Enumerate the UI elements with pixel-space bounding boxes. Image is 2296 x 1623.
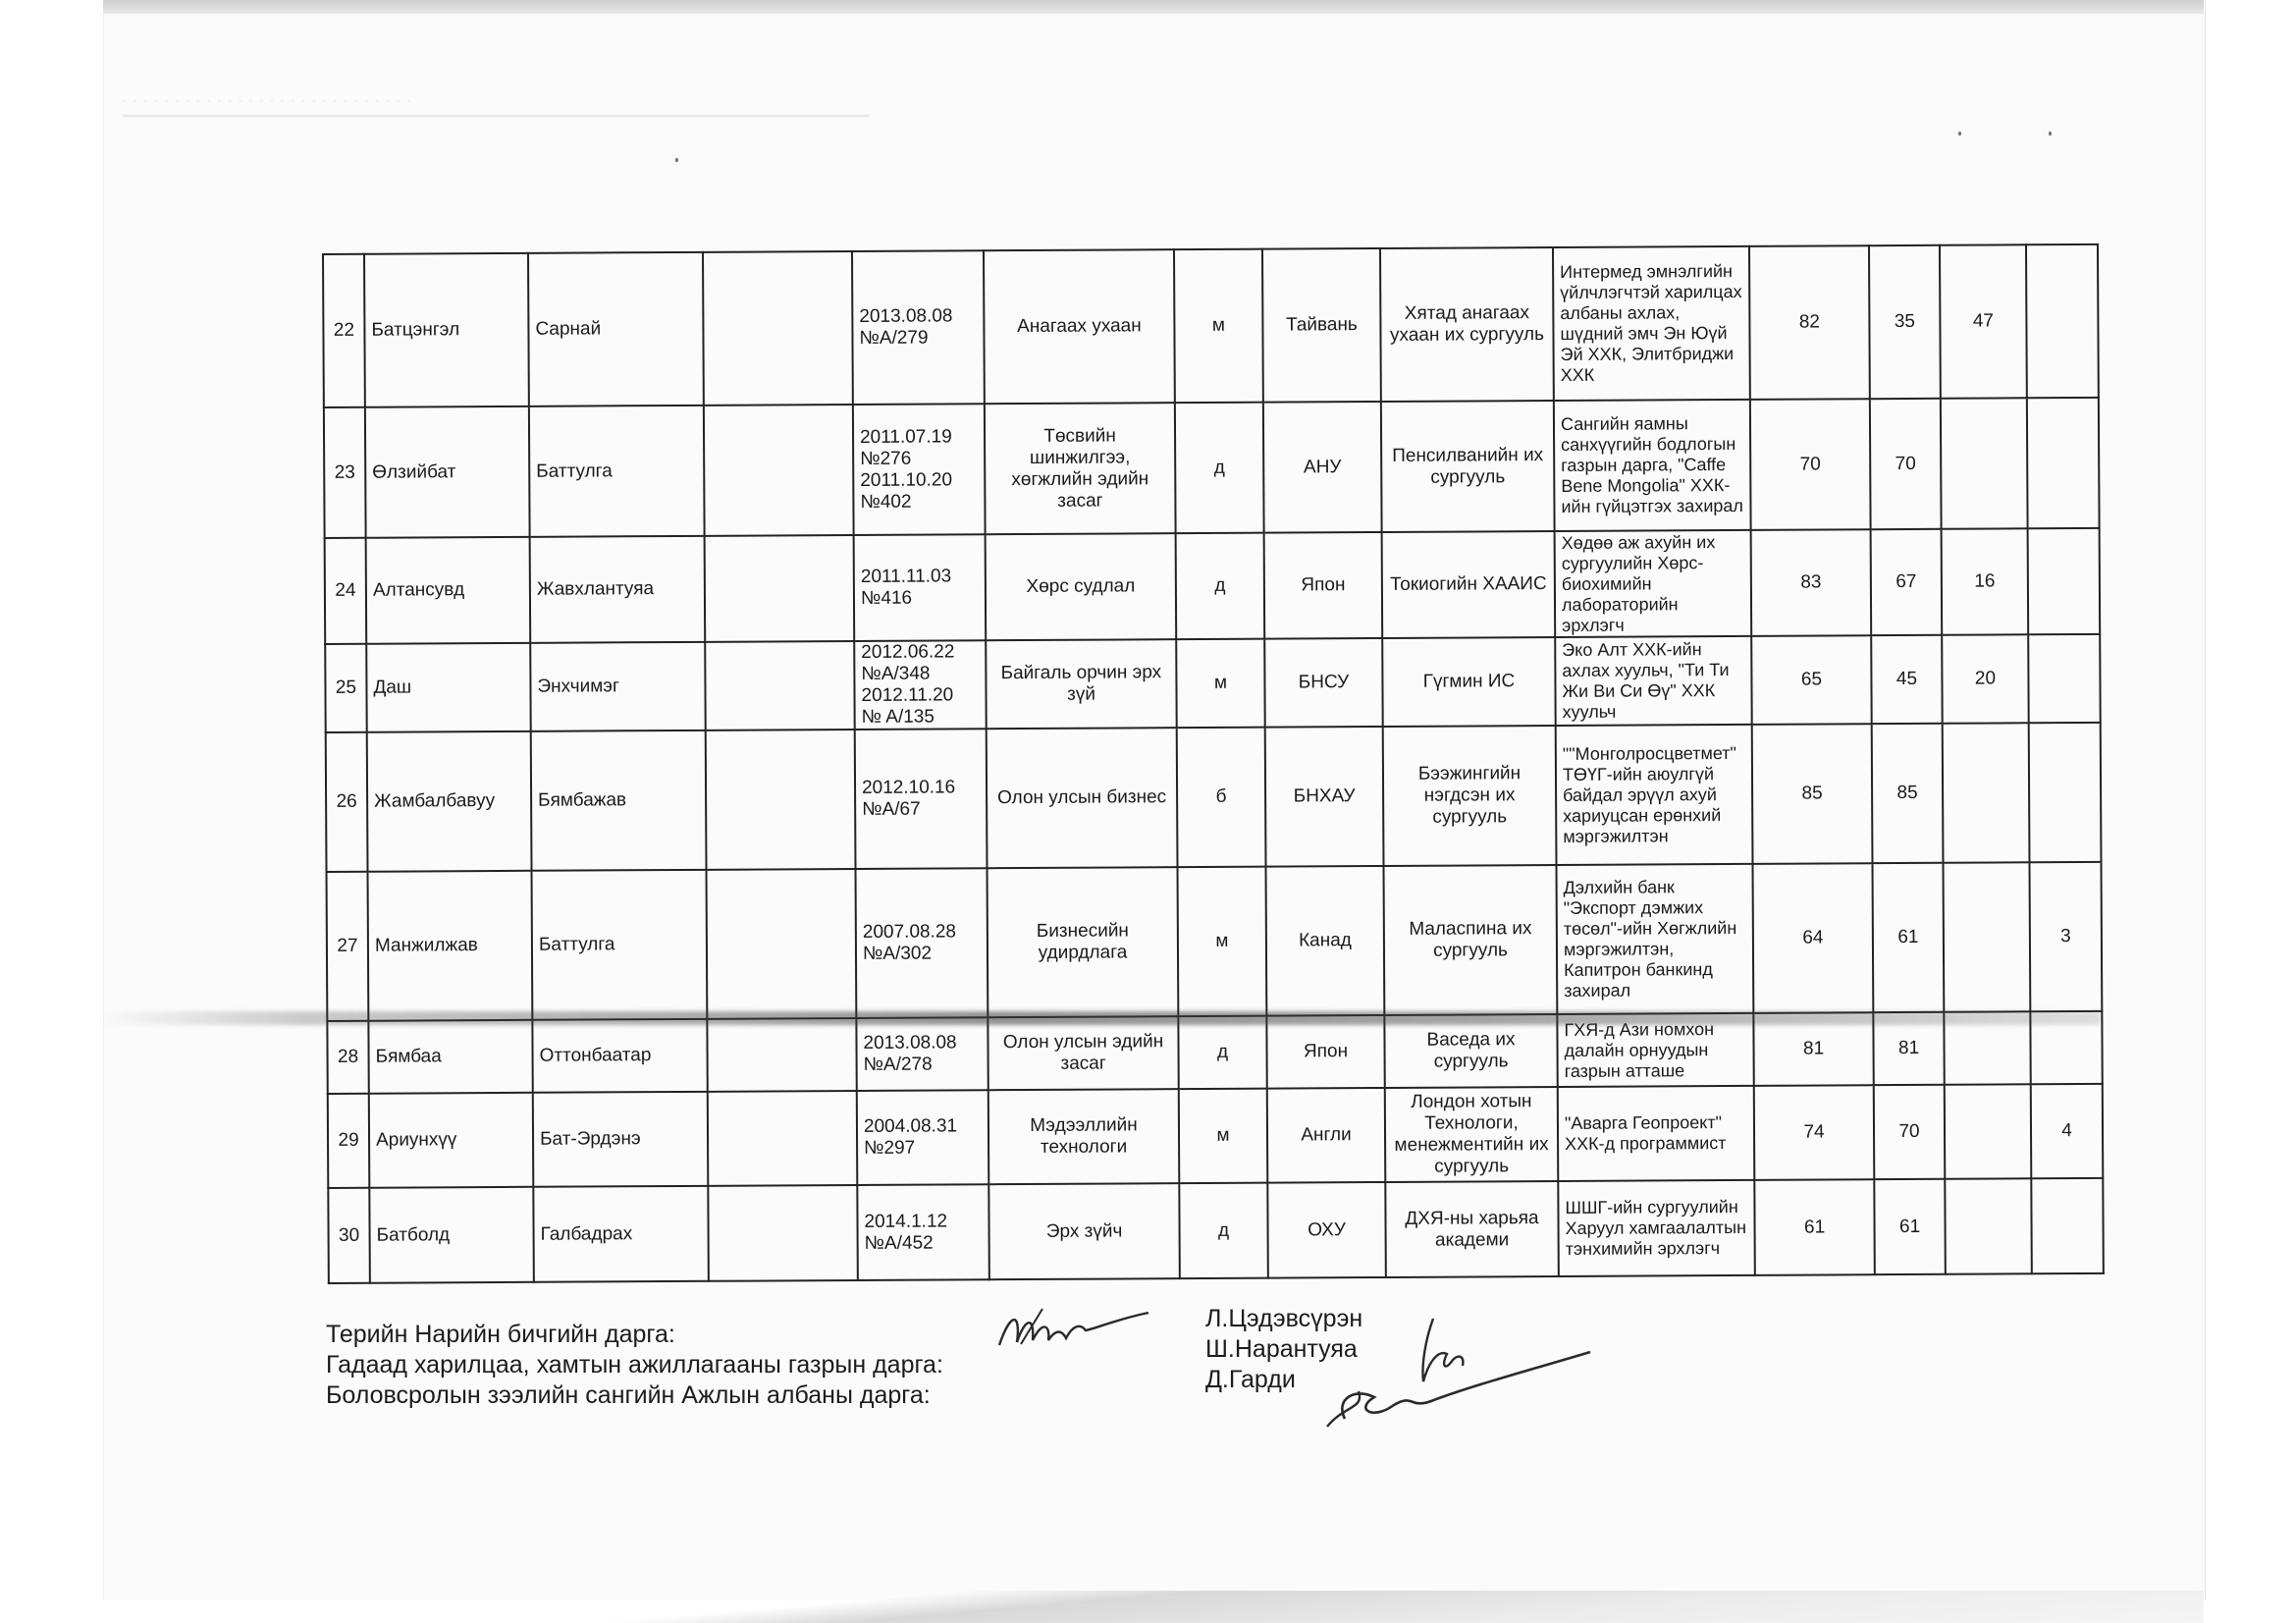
table-row: 26ЖамбалбавууБямбажав2012.10.16№A/67Олон… [326, 723, 2102, 872]
surname-cell: Ариунхүү [369, 1093, 534, 1188]
row-number: 22 [323, 254, 365, 407]
field-of-study-cell: Байгаль орчин эрх зүй [986, 639, 1176, 729]
given-name-cell: Энхчимэг [530, 642, 705, 731]
signature-1 [991, 1301, 1158, 1360]
scan-speck [1958, 132, 1961, 135]
redacted-cell [705, 641, 855, 730]
scan-speck [675, 158, 678, 162]
field-of-study-cell: Олон улсын эдийн засаг [988, 1016, 1178, 1090]
school-cell: Токиогийн ХААИС [1382, 531, 1556, 638]
field-of-study-cell: Төсвийн шинжилгээ, хөгжлийн эдийн засаг [985, 403, 1176, 534]
signatory-title: Терийн Нарийн бичгийн дарга: [326, 1320, 943, 1350]
score-4-cell: 3 [2029, 862, 2102, 1011]
score-1-cell: 83 [1751, 529, 1872, 636]
field-of-study-cell: Бизнесийн удирдлага [988, 867, 1179, 1017]
row-number: 23 [324, 407, 366, 538]
school-cell: ДХЯ-ны харьяа акадeми [1385, 1181, 1559, 1277]
given-name-cell: Бат-Эрдэнэ [533, 1092, 709, 1187]
surname-cell: Жамбалбавуу [367, 731, 532, 872]
degree-cell: д [1178, 1016, 1266, 1090]
scan-speck [2049, 132, 2052, 135]
redacted-cell [705, 535, 855, 642]
country-cell: ОХУ [1267, 1182, 1386, 1278]
table-row: 22БатцэнгэлСарнай2013.08.08№A/279Анагаах… [323, 244, 2099, 407]
signature-2 [1315, 1311, 1600, 1438]
work-experience-cell: ""Монголросцветмет" ТӨҮГ-ийн аюулгүй бай… [1556, 725, 1753, 865]
surname-cell: Батболд [369, 1187, 534, 1283]
degree-cell: м [1178, 867, 1267, 1017]
order-cell: 2013.08.08№A/278 [856, 1017, 988, 1091]
surname-cell: Алтансувд [366, 537, 531, 644]
row-number: 28 [327, 1021, 368, 1094]
field-of-study-cell: Эрх зүйч [988, 1183, 1180, 1279]
row-number: 26 [326, 732, 368, 872]
school-cell: Лондон хотын Технологи, менежментийн их … [1385, 1087, 1559, 1182]
school-cell: Васеда их сургууль [1384, 1014, 1557, 1088]
table-row: 24АлтансувдЖавхлантуяа2011.11.03№416Хөрс… [325, 528, 2101, 644]
degree-cell: б [1177, 728, 1266, 868]
surname-cell: Өлзийбат [365, 406, 530, 538]
table-row: 23ӨлзийбатБаттулга2011.07.19№2762011.10.… [324, 398, 2100, 538]
score-1-cell: 65 [1751, 635, 1872, 725]
score-3-cell: 20 [1942, 634, 2029, 723]
degree-cell: м [1176, 639, 1265, 729]
field-of-study-cell: Олон улсын бизнес [987, 728, 1178, 868]
field-of-study-cell: Мэдээллийн технологи [988, 1089, 1180, 1184]
score-3-cell [1943, 862, 2030, 1011]
score-1-cell: 82 [1749, 245, 1870, 400]
country-cell: Тайвань [1262, 248, 1381, 403]
score-2-cell: 61 [1874, 1179, 1946, 1274]
work-experience-cell: Хөдөө аж ахуйн их сургуулийн Хөрс-биохим… [1555, 530, 1752, 637]
redacted-cell [708, 1091, 858, 1186]
field-of-study-cell: Анагаах ухаан [984, 249, 1175, 404]
given-name-cell: Жавхлантуяа [530, 536, 706, 643]
score-2-cell: 61 [1872, 863, 1944, 1012]
order-cell: 2012.10.16№A/67 [855, 729, 988, 869]
redacted-cell [703, 251, 853, 406]
degree-cell: д [1176, 533, 1265, 640]
surname-cell: Батцэнгэл [364, 253, 529, 407]
row-number: 27 [327, 872, 369, 1021]
score-4-cell [2028, 528, 2101, 634]
work-experience-cell: Сангийн яамны санхүүгийн бодлогын газрын… [1554, 400, 1751, 531]
score-3-cell: 16 [1942, 528, 2029, 634]
score-4-cell: 4 [2031, 1084, 2104, 1178]
degree-cell: д [1175, 403, 1264, 534]
candidates-table: 22БатцэнгэлСарнай2013.08.08№A/279Анагаах… [322, 243, 2105, 1284]
scan-smudge [98, 1011, 2101, 1025]
country-cell: АНУ [1263, 402, 1382, 533]
table-row: 30БатболдГалбадрах2014.1.12№A/452Эрх зүй… [328, 1178, 2104, 1283]
given-name-cell: Оттонбаатар [532, 1019, 707, 1093]
score-1-cell: 64 [1752, 863, 1873, 1013]
score-2-cell: 67 [1871, 529, 1943, 635]
order-cell: 2011.11.03№416 [854, 534, 987, 641]
row-number: 30 [328, 1188, 370, 1283]
score-3-cell: 47 [1940, 244, 2027, 398]
country-cell: Англи [1267, 1088, 1386, 1183]
surname-cell: Манжилжав [368, 871, 533, 1021]
country-cell: БНХАУ [1265, 727, 1384, 867]
degree-cell: д [1179, 1183, 1268, 1279]
score-2-cell: 85 [1872, 724, 1944, 863]
row-number: 29 [328, 1094, 370, 1188]
score-1-cell: 74 [1754, 1085, 1875, 1180]
given-name-cell: Бямбажав [531, 730, 707, 871]
score-4-cell [2031, 1178, 2104, 1273]
score-2-cell: 45 [1871, 635, 1943, 724]
score-3-cell [1941, 398, 2028, 528]
row-number: 24 [325, 538, 367, 644]
surname-cell: Даш [366, 643, 531, 732]
redacted-cell [707, 869, 857, 1019]
order-cell: 2012.06.22№A/3482012.11.20№ A/135 [854, 640, 987, 730]
score-2-cell: 70 [1874, 1085, 1946, 1179]
table-row: 25ДашЭнхчимэг2012.06.22№A/3482012.11.20№… [325, 634, 2100, 732]
score-1-cell: 70 [1750, 399, 1871, 530]
scan-top-edge [103, 0, 2204, 14]
faded-header-line: · · · · · · · · · · · · · · · · · · · · … [123, 95, 412, 107]
faded-header-rule [123, 115, 869, 117]
signatory-title: Гадаад харилцаа, хамтын ажиллагааны газр… [326, 1350, 943, 1380]
country-cell: Япон [1266, 1015, 1384, 1089]
school-cell: Гүгмин ИС [1382, 637, 1555, 727]
work-experience-cell: Эко Алт ХХК-ийн ахлах хуульч, "Ти Ти Жи … [1555, 636, 1751, 726]
surname-cell: Бямбаа [368, 1020, 532, 1094]
redacted-cell [706, 730, 856, 870]
country-cell: Япон [1264, 532, 1383, 639]
score-2-cell: 35 [1869, 245, 1941, 399]
given-name-cell: Галбадрах [533, 1186, 709, 1282]
school-cell: Маласпина их сургууль [1384, 865, 1558, 1015]
redacted-cell [704, 405, 854, 536]
table-row: 27МанжилжавБаттулга2007.08.28№A/302Бизне… [327, 862, 2103, 1021]
order-cell: 2013.08.08№A/279 [852, 250, 985, 405]
order-cell: 2011.07.19№2762011.10.20№402 [853, 404, 986, 535]
given-name-cell: Баттулга [532, 870, 708, 1020]
redacted-cell [708, 1185, 858, 1281]
score-3-cell [1943, 723, 2030, 862]
school-cell: Бээжингийн нэгдсэн их сургууль [1383, 726, 1557, 866]
school-cell: Хятад анагаах ухаан их сургууль [1380, 247, 1554, 402]
work-experience-cell: ШШГ-ийн сургуулийн Харуул хамгаалалтын т… [1558, 1180, 1755, 1276]
country-cell: БНСУ [1264, 638, 1383, 728]
redacted-cell [707, 1018, 856, 1092]
given-name-cell: Баттулга [529, 406, 705, 537]
faded-header-text: · · · · · · · · · · · · · · · · · · · · … [123, 95, 2184, 129]
score-1-cell: 61 [1754, 1179, 1875, 1275]
table-row: 29АриунхүүБат-Эрдэнэ2004.08.31№297Мэдээл… [328, 1084, 2104, 1188]
order-cell: 2004.08.31№297 [857, 1090, 989, 1185]
work-experience-cell: Дэлхийн банк "Экспорт дэмжих төсөл"-ийн … [1556, 864, 1753, 1014]
order-cell: 2007.08.28№A/302 [856, 868, 988, 1018]
signatory-titles: Терийн Нарийн бичгийн дарга: Гадаад хари… [326, 1320, 943, 1411]
order-cell: 2014.1.12№A/452 [857, 1184, 989, 1280]
score-4-cell [2029, 723, 2102, 862]
score-3-cell [1945, 1084, 2032, 1178]
given-name-cell: Сарнай [528, 252, 704, 406]
field-of-study-cell: Хөрс судлал [986, 533, 1177, 640]
row-number: 25 [325, 644, 367, 732]
work-experience-cell: Интермед эмнэлгийн үйлчлэгчтэй харилцах … [1553, 246, 1750, 401]
score-3-cell [1945, 1178, 2032, 1273]
work-experience-cell: "Аварга Геопроект" ХХК-д программист [1558, 1086, 1755, 1181]
degree-cell: м [1179, 1089, 1268, 1184]
country-cell: Канад [1266, 866, 1385, 1016]
score-2-cell: 70 [1870, 399, 1942, 529]
signatory-title: Боловсролын зээлийн сангийн Ажлын албаны… [326, 1380, 943, 1411]
degree-cell: м [1174, 249, 1263, 404]
score-4-cell [2027, 398, 2100, 528]
score-4-cell [2028, 634, 2101, 723]
score-4-cell [2026, 244, 2099, 398]
scan-bottom-edge [103, 1591, 2204, 1623]
school-cell: Пенсилванийн их сургууль [1381, 401, 1555, 532]
score-1-cell: 85 [1752, 724, 1873, 864]
